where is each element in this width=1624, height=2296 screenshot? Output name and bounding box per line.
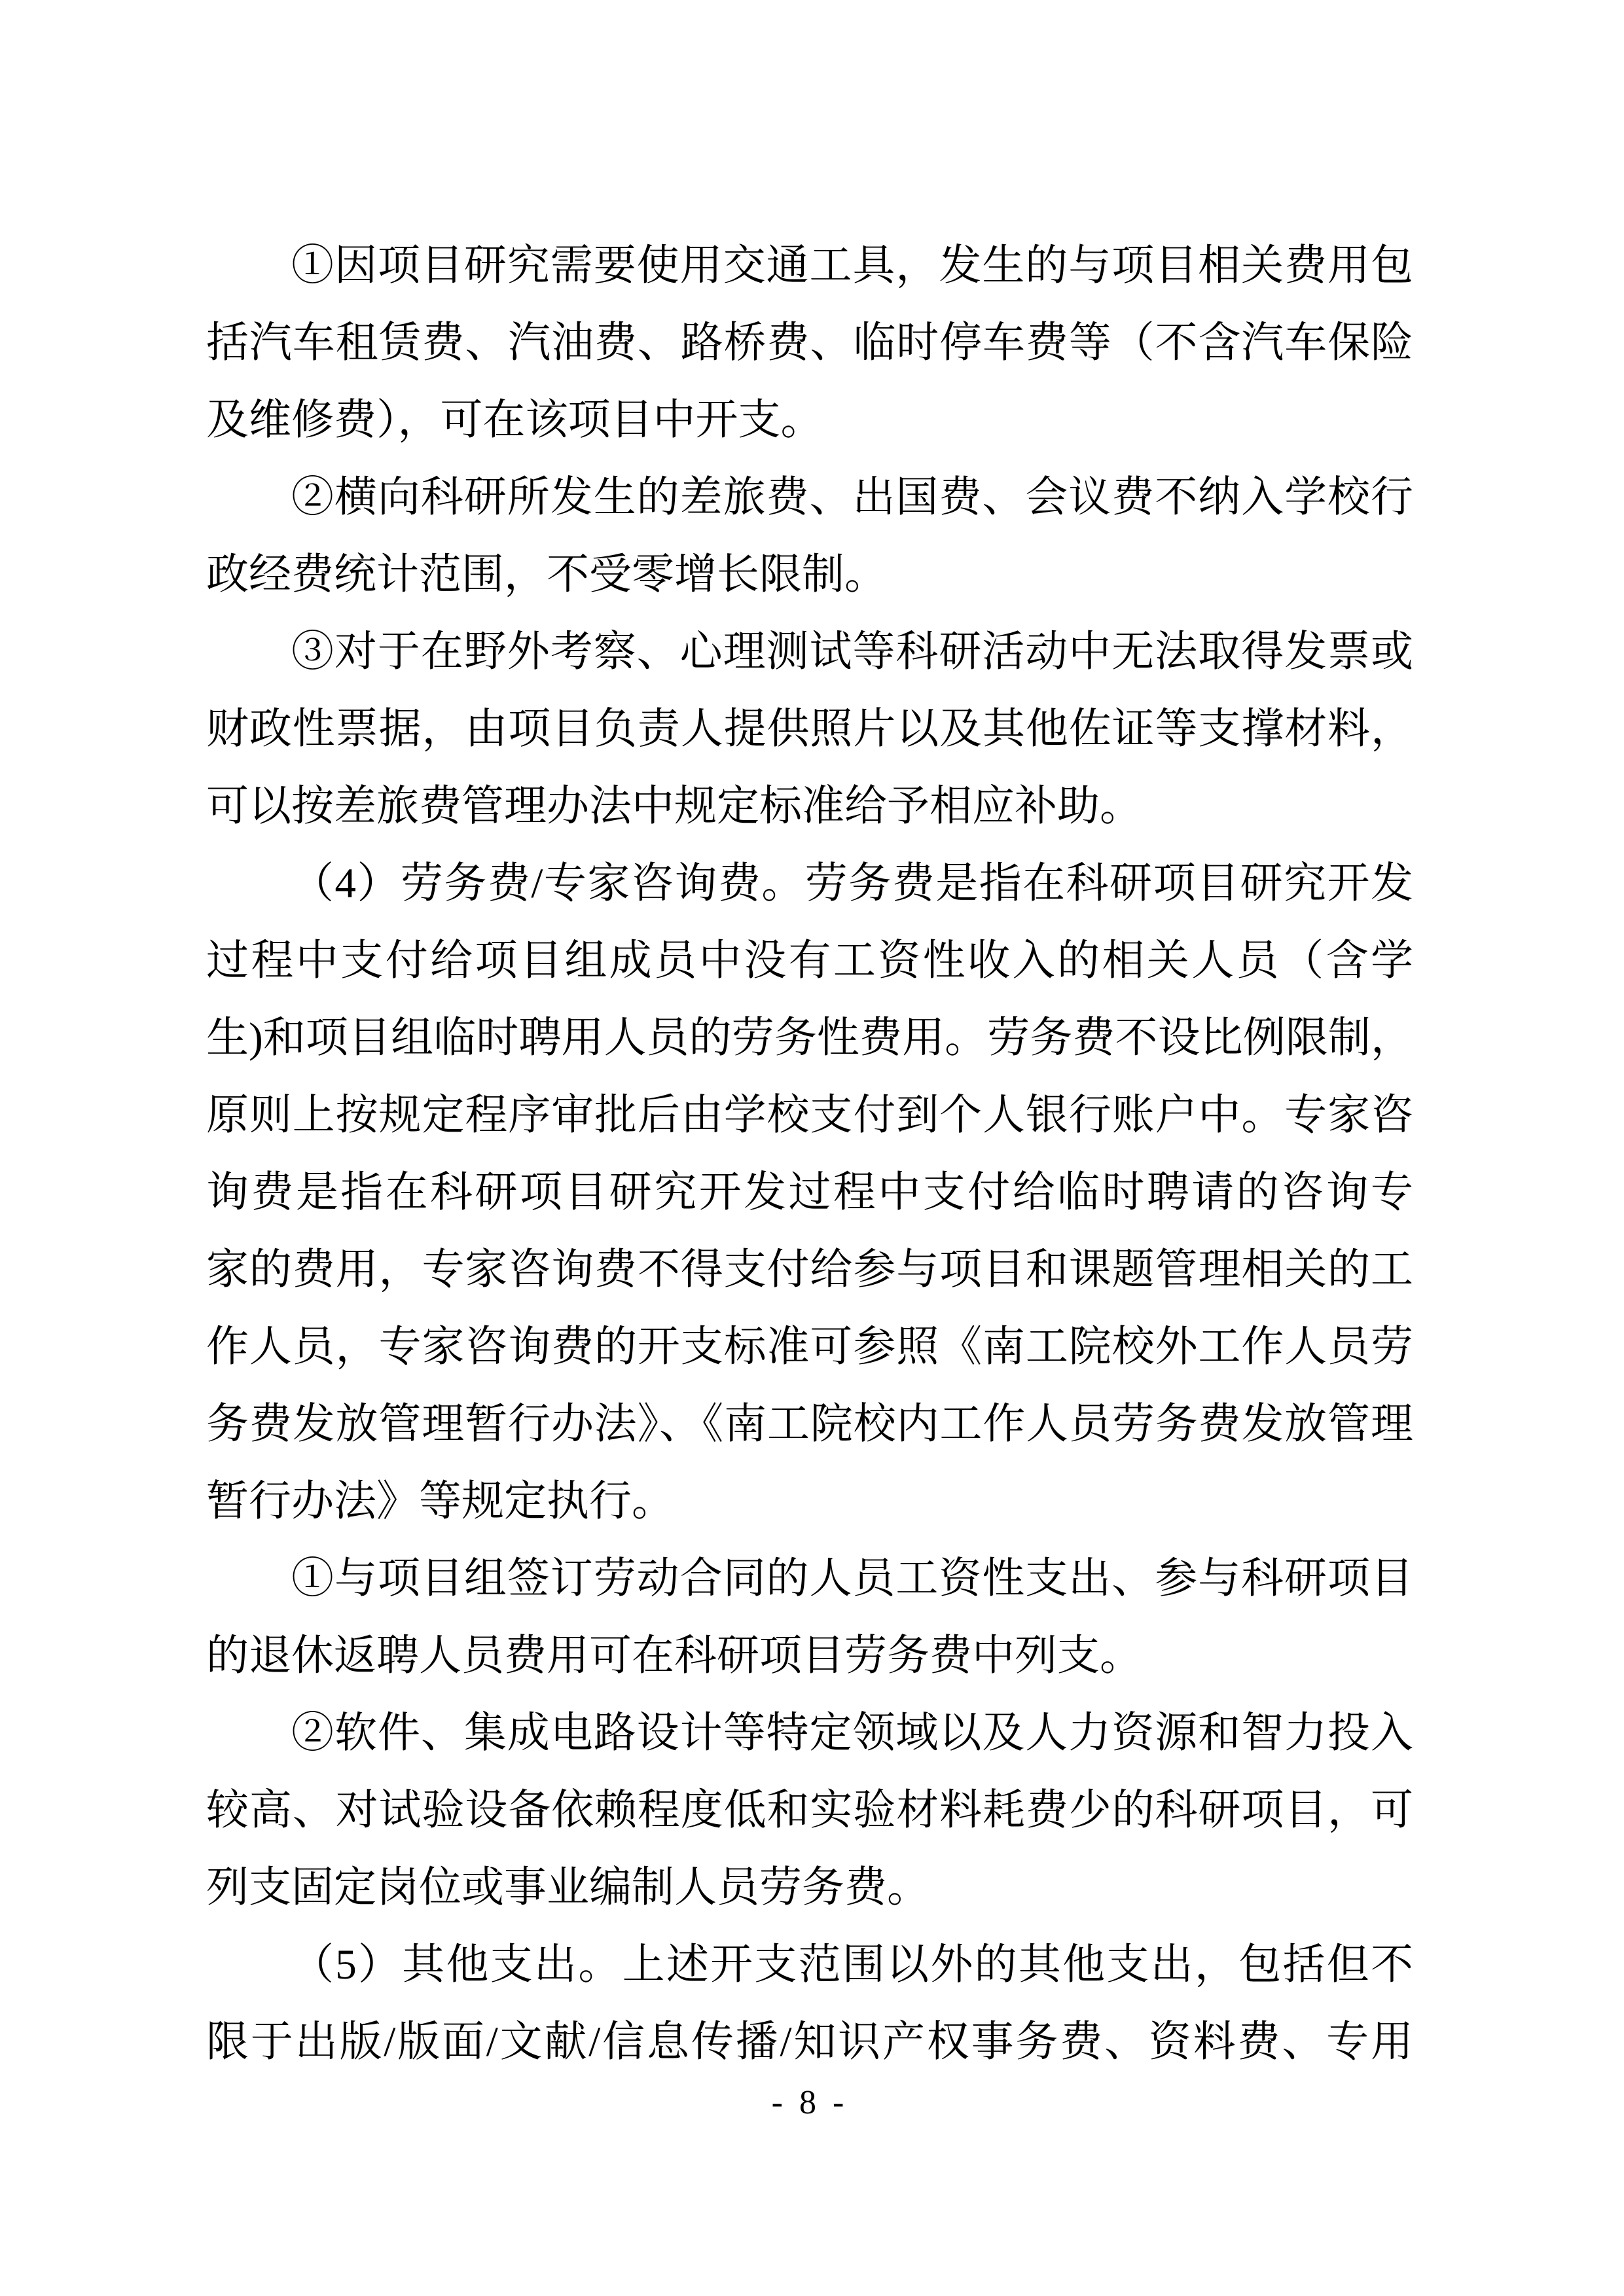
- text-line: （5）其他支出。上述开支范围以外的其他支出，包括但不: [206, 1926, 1413, 2003]
- text-line: 列支固定岗位或事业编制人员劳务费。: [206, 1849, 1413, 1926]
- text-line: 暂行办法》等规定执行。: [206, 1463, 1413, 1540]
- text-line: ①因项目研究需要使用交通工具，发生的与项目相关费用包: [206, 227, 1413, 304]
- text-line: 政经费统计范围，不受零增长限制。: [206, 536, 1413, 613]
- text-line: 询费是指在科研项目研究开发过程中支付给临时聘请的咨询专: [206, 1154, 1413, 1231]
- text-line: 括汽车租赁费、汽油费、路桥费、临时停车费等（不含汽车保险: [206, 304, 1413, 382]
- page-number: - 8 -: [206, 2080, 1413, 2126]
- text-line: 原则上按规定程序审批后由学校支付到个人银行账户中。专家咨: [206, 1077, 1413, 1154]
- text-line: ②横向科研所发生的差旅费、出国费、会议费不纳入学校行: [206, 459, 1413, 536]
- text-line: 生)和项目组临时聘用人员的劳务性费用。劳务费不设比例限制，: [206, 999, 1413, 1077]
- text-line: 作人员，专家咨询费的开支标准可参照《南工院校外工作人员劳: [206, 1308, 1413, 1386]
- text-line: 家的费用，专家咨询费不得支付给参与项目和课题管理相关的工: [206, 1231, 1413, 1308]
- text-line: （4）劳务费/专家咨询费。劳务费是指在科研项目研究开发: [206, 845, 1413, 922]
- text-line: ③对于在野外考察、心理测试等科研活动中无法取得发票或: [206, 613, 1413, 691]
- text-line: 限于出版/版面/文献/信息传播/知识产权事务费、资料费、专用: [206, 2003, 1413, 2081]
- text-line: ②软件、集成电路设计等特定领域以及人力资源和智力投入: [206, 1695, 1413, 1772]
- text-line: 财政性票据，由项目负责人提供照片以及其他佐证等支撑材料，: [206, 691, 1413, 768]
- text-line: 过程中支付给项目组成员中没有工资性收入的相关人员（含学: [206, 922, 1413, 999]
- text-line: 较高、对试验设备依赖程度低和实验材料耗费少的科研项目，可: [206, 1772, 1413, 1849]
- text-line: 可以按差旅费管理办法中规定标准给予相应补助。: [206, 768, 1413, 845]
- text-line: 的退休返聘人员费用可在科研项目劳务费中列支。: [206, 1617, 1413, 1695]
- text-line: ①与项目组签订劳动合同的人员工资性支出、参与科研项目: [206, 1540, 1413, 1617]
- document-body: ①因项目研究需要使用交通工具，发生的与项目相关费用包括汽车租赁费、汽油费、路桥费…: [206, 227, 1413, 2081]
- text-line: 务费发放管理暂行办法》、《南工院校内工作人员劳务费发放管理: [206, 1386, 1413, 1463]
- text-line: 及维修费），可在该项目中开支。: [206, 382, 1413, 459]
- document-page: ①因项目研究需要使用交通工具，发生的与项目相关费用包括汽车租赁费、汽油费、路桥费…: [0, 0, 1624, 2296]
